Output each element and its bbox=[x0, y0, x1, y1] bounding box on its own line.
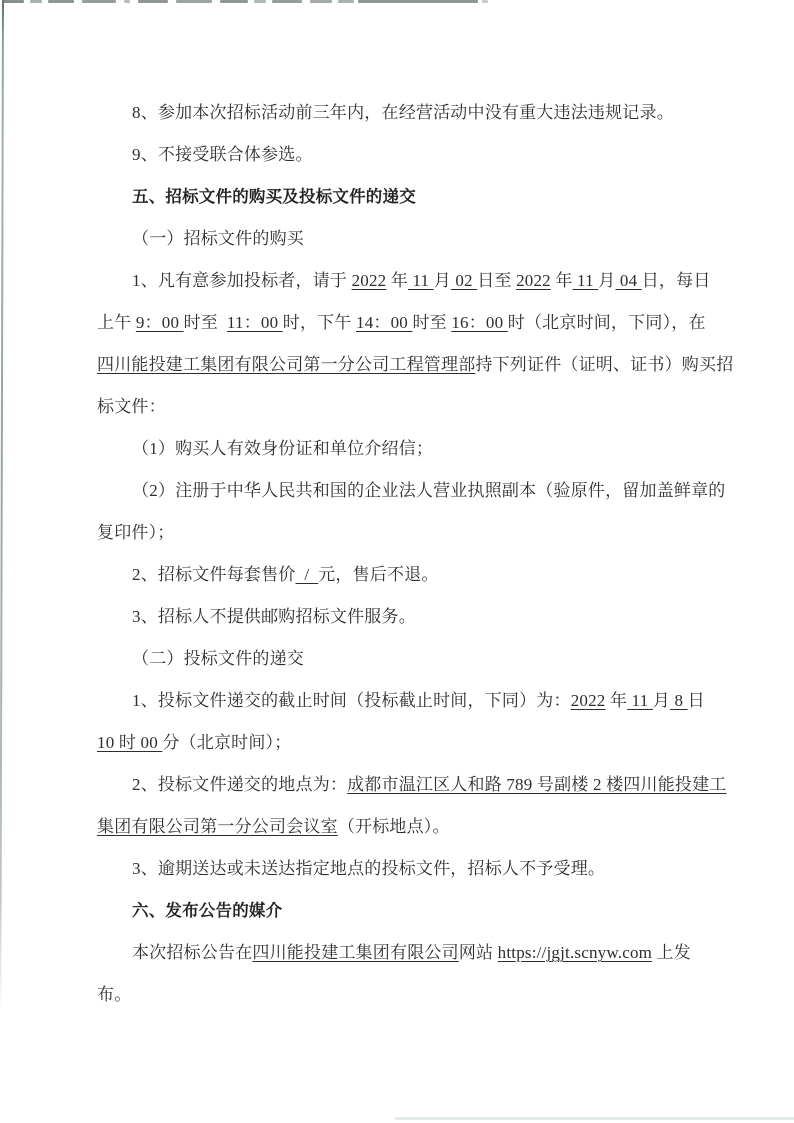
underlined-text-segment: 16：00 bbox=[451, 313, 507, 332]
text-segment: 1、凡有意参加投标者，请于 bbox=[132, 271, 352, 290]
document-line-11: 复印件）； bbox=[97, 512, 703, 554]
text-segment: 复印件）； bbox=[97, 523, 175, 542]
document-line-4: （一）招标文件的购买 bbox=[97, 218, 703, 260]
document-line-1: 8、参加本次招标活动前三年内，在经营活动中没有重大违法违规记录。 bbox=[97, 92, 703, 134]
document-line-3: 五、招标文件的购买及投标文件的递交 bbox=[97, 176, 703, 218]
document-line-19: 3、逾期送达或未送达指定地点的投标文件，招标人不予受理。 bbox=[97, 848, 703, 890]
text-segment: 标文件： bbox=[97, 397, 166, 416]
document-line-14: （二）投标文件的递交 bbox=[97, 638, 703, 680]
scan-artifact-top-dash bbox=[338, 0, 354, 3]
document-line-13: 3、招标人不提供邮购招标文件服务。 bbox=[97, 596, 703, 638]
document-line-12: 2、招标文件每套售价 / 元，售后不退。 bbox=[97, 554, 703, 596]
underlined-text-segment: 四川能投建工集团有限公司 bbox=[252, 943, 458, 962]
text-segment: 月 bbox=[598, 271, 615, 290]
document-body: 8、参加本次招标活动前三年内，在经营活动中没有重大违法违规记录。9、不接受联合体… bbox=[97, 92, 703, 1016]
text-segment: 时，下午 bbox=[283, 313, 356, 332]
scan-artifact-top-dash bbox=[138, 0, 168, 3]
underlined-text-segment: 2022 bbox=[571, 691, 606, 710]
underlined-text-segment: https://jgjt.scnyw.com bbox=[498, 943, 652, 962]
text-segment: （开标地点）。 bbox=[338, 817, 450, 836]
document-line-8: 标文件： bbox=[97, 386, 703, 428]
text-segment: 2、投标文件递交的地点为： bbox=[132, 775, 347, 794]
underlined-text-segment: 04 bbox=[615, 271, 641, 290]
underlined-text-segment: 2022 bbox=[516, 271, 551, 290]
text-segment: （二）投标文件的递交 bbox=[132, 649, 304, 668]
scan-artifact-top-dash bbox=[358, 0, 478, 3]
text-segment: 年 bbox=[551, 271, 573, 290]
text-segment: 时至 bbox=[184, 313, 227, 332]
text-segment: 8、参加本次招标活动前三年内，在经营活动中没有重大违法违规记录。 bbox=[132, 103, 674, 122]
underlined-text-segment: 四川能投建工集团有限公司第一分公司工程管理部 bbox=[97, 355, 475, 374]
text-segment: 布。 bbox=[97, 985, 131, 1004]
text-segment: 五、招标文件的购买及投标文件的递交 bbox=[132, 188, 416, 206]
text-segment: 时（北京时间，下同），在 bbox=[508, 313, 706, 332]
scan-artifact-top-dash bbox=[272, 0, 302, 3]
text-segment: 年 bbox=[606, 691, 628, 710]
text-segment: 本次招标公告在 bbox=[132, 943, 252, 962]
underlined-text-segment: 11 bbox=[573, 271, 599, 290]
text-segment: 月 bbox=[653, 691, 670, 710]
document-line-22: 布。 bbox=[97, 974, 703, 1016]
scan-artifact-top-dash bbox=[82, 0, 116, 3]
text-segment: 时至 bbox=[412, 313, 451, 332]
document-line-20: 六、发布公告的媒介 bbox=[97, 890, 703, 932]
text-segment: 持下列证件（证明、证书）购买招 bbox=[475, 355, 733, 374]
document-line-7: 四川能投建工集团有限公司第一分公司工程管理部持下列证件（证明、证书）购买招 bbox=[97, 344, 703, 386]
underlined-text-segment: 9：00 bbox=[136, 313, 184, 332]
text-segment: 1、投标文件递交的截止时间（投标截止时间，下同）为： bbox=[132, 691, 571, 710]
text-segment: 9、不接受联合体参选。 bbox=[132, 145, 313, 164]
text-segment: 3、招标人不提供邮购招标文件服务。 bbox=[132, 607, 416, 626]
text-segment: （1）购买人有效身份证和单位介绍信； bbox=[132, 439, 433, 458]
scan-artifact-top-dash bbox=[254, 0, 266, 3]
document-line-9: （1）购买人有效身份证和单位介绍信； bbox=[97, 428, 703, 470]
text-segment: 元，售后不退。 bbox=[318, 565, 438, 584]
document-line-10: （2）注册于中华人民共和国的企业法人营业执照副本（验原件，留加盖鲜章的 bbox=[97, 470, 703, 512]
document-line-17: 2、投标文件递交的地点为：成都市温江区人和路 789 号副楼 2 楼四川能投建工 bbox=[97, 764, 703, 806]
document-line-15: 1、投标文件递交的截止时间（投标截止时间，下同）为：2022 年 11 月 8 … bbox=[97, 680, 703, 722]
scan-artifact-top-dash bbox=[310, 0, 332, 3]
underlined-text-segment: / bbox=[296, 565, 319, 584]
text-segment: 日至 bbox=[477, 271, 516, 290]
scan-artifact-top-dash bbox=[176, 0, 212, 3]
underlined-text-segment: 14：00 bbox=[356, 313, 412, 332]
text-segment: 3、逾期送达或未送达指定地点的投标文件，招标人不予受理。 bbox=[132, 859, 605, 878]
text-segment: 月 bbox=[434, 271, 451, 290]
underlined-text-segment: 11 bbox=[408, 271, 434, 290]
scan-artifact-top-dash bbox=[48, 0, 74, 3]
text-segment: 日，每日 bbox=[642, 271, 711, 290]
document-line-5: 1、凡有意参加投标者，请于 2022 年 11 月 02 日至 2022 年 1… bbox=[97, 260, 703, 302]
document-line-16: 10 时 00 分（北京时间）； bbox=[97, 722, 703, 764]
scan-artifact-top-dash bbox=[30, 0, 42, 3]
scan-artifact-left-line bbox=[0, 0, 4, 1015]
document-line-6: 上午 9：00 时至 11：00 时，下午 14：00 时至 16：00 时（北… bbox=[97, 302, 703, 344]
text-segment: 日 bbox=[688, 691, 705, 710]
text-segment: 上午 bbox=[97, 313, 136, 332]
underlined-text-segment: 2022 bbox=[352, 271, 387, 290]
scan-artifact-top-dash bbox=[124, 0, 130, 3]
underlined-text-segment: 集团有限公司第一分公司会议室 bbox=[97, 817, 338, 836]
text-segment: （2）注册于中华人民共和国的企业法人营业执照副本（验原件，留加盖鲜章的 bbox=[132, 481, 726, 500]
underlined-text-segment: 10 时 00 bbox=[97, 733, 162, 752]
scan-artifact-top-dash bbox=[220, 0, 248, 3]
scan-artifact-top-dash bbox=[2, 0, 24, 3]
scan-artifact-top-dash bbox=[482, 0, 488, 3]
text-segment: 分（北京时间）； bbox=[162, 733, 291, 752]
underlined-text-segment: 02 bbox=[451, 271, 477, 290]
text-segment: 六、发布公告的媒介 bbox=[132, 902, 282, 920]
document-line-21: 本次招标公告在四川能投建工集团有限公司网站 https://jgjt.scnyw… bbox=[97, 932, 703, 974]
underlined-text-segment: 11：00 bbox=[227, 313, 283, 332]
text-segment: （一）招标文件的购买 bbox=[132, 229, 304, 248]
underlined-text-segment: 成都市温江区人和路 789 号副楼 2 楼四川能投建工 bbox=[347, 775, 726, 794]
document-line-18: 集团有限公司第一分公司会议室（开标地点）。 bbox=[97, 806, 703, 848]
text-segment: 上发 bbox=[652, 943, 691, 962]
text-segment: 网站 bbox=[459, 943, 498, 962]
text-segment: 2、招标文件每套售价 bbox=[132, 565, 296, 584]
text-segment: 年 bbox=[386, 271, 408, 290]
underlined-text-segment: 8 bbox=[670, 691, 688, 710]
scan-artifact-bottom-streak bbox=[395, 1117, 794, 1120]
underlined-text-segment: 11 bbox=[627, 691, 653, 710]
document-line-2: 9、不接受联合体参选。 bbox=[97, 134, 703, 176]
scanned-document-page: 8、参加本次招标活动前三年内，在经营活动中没有重大违法违规记录。9、不接受联合体… bbox=[0, 0, 794, 1123]
